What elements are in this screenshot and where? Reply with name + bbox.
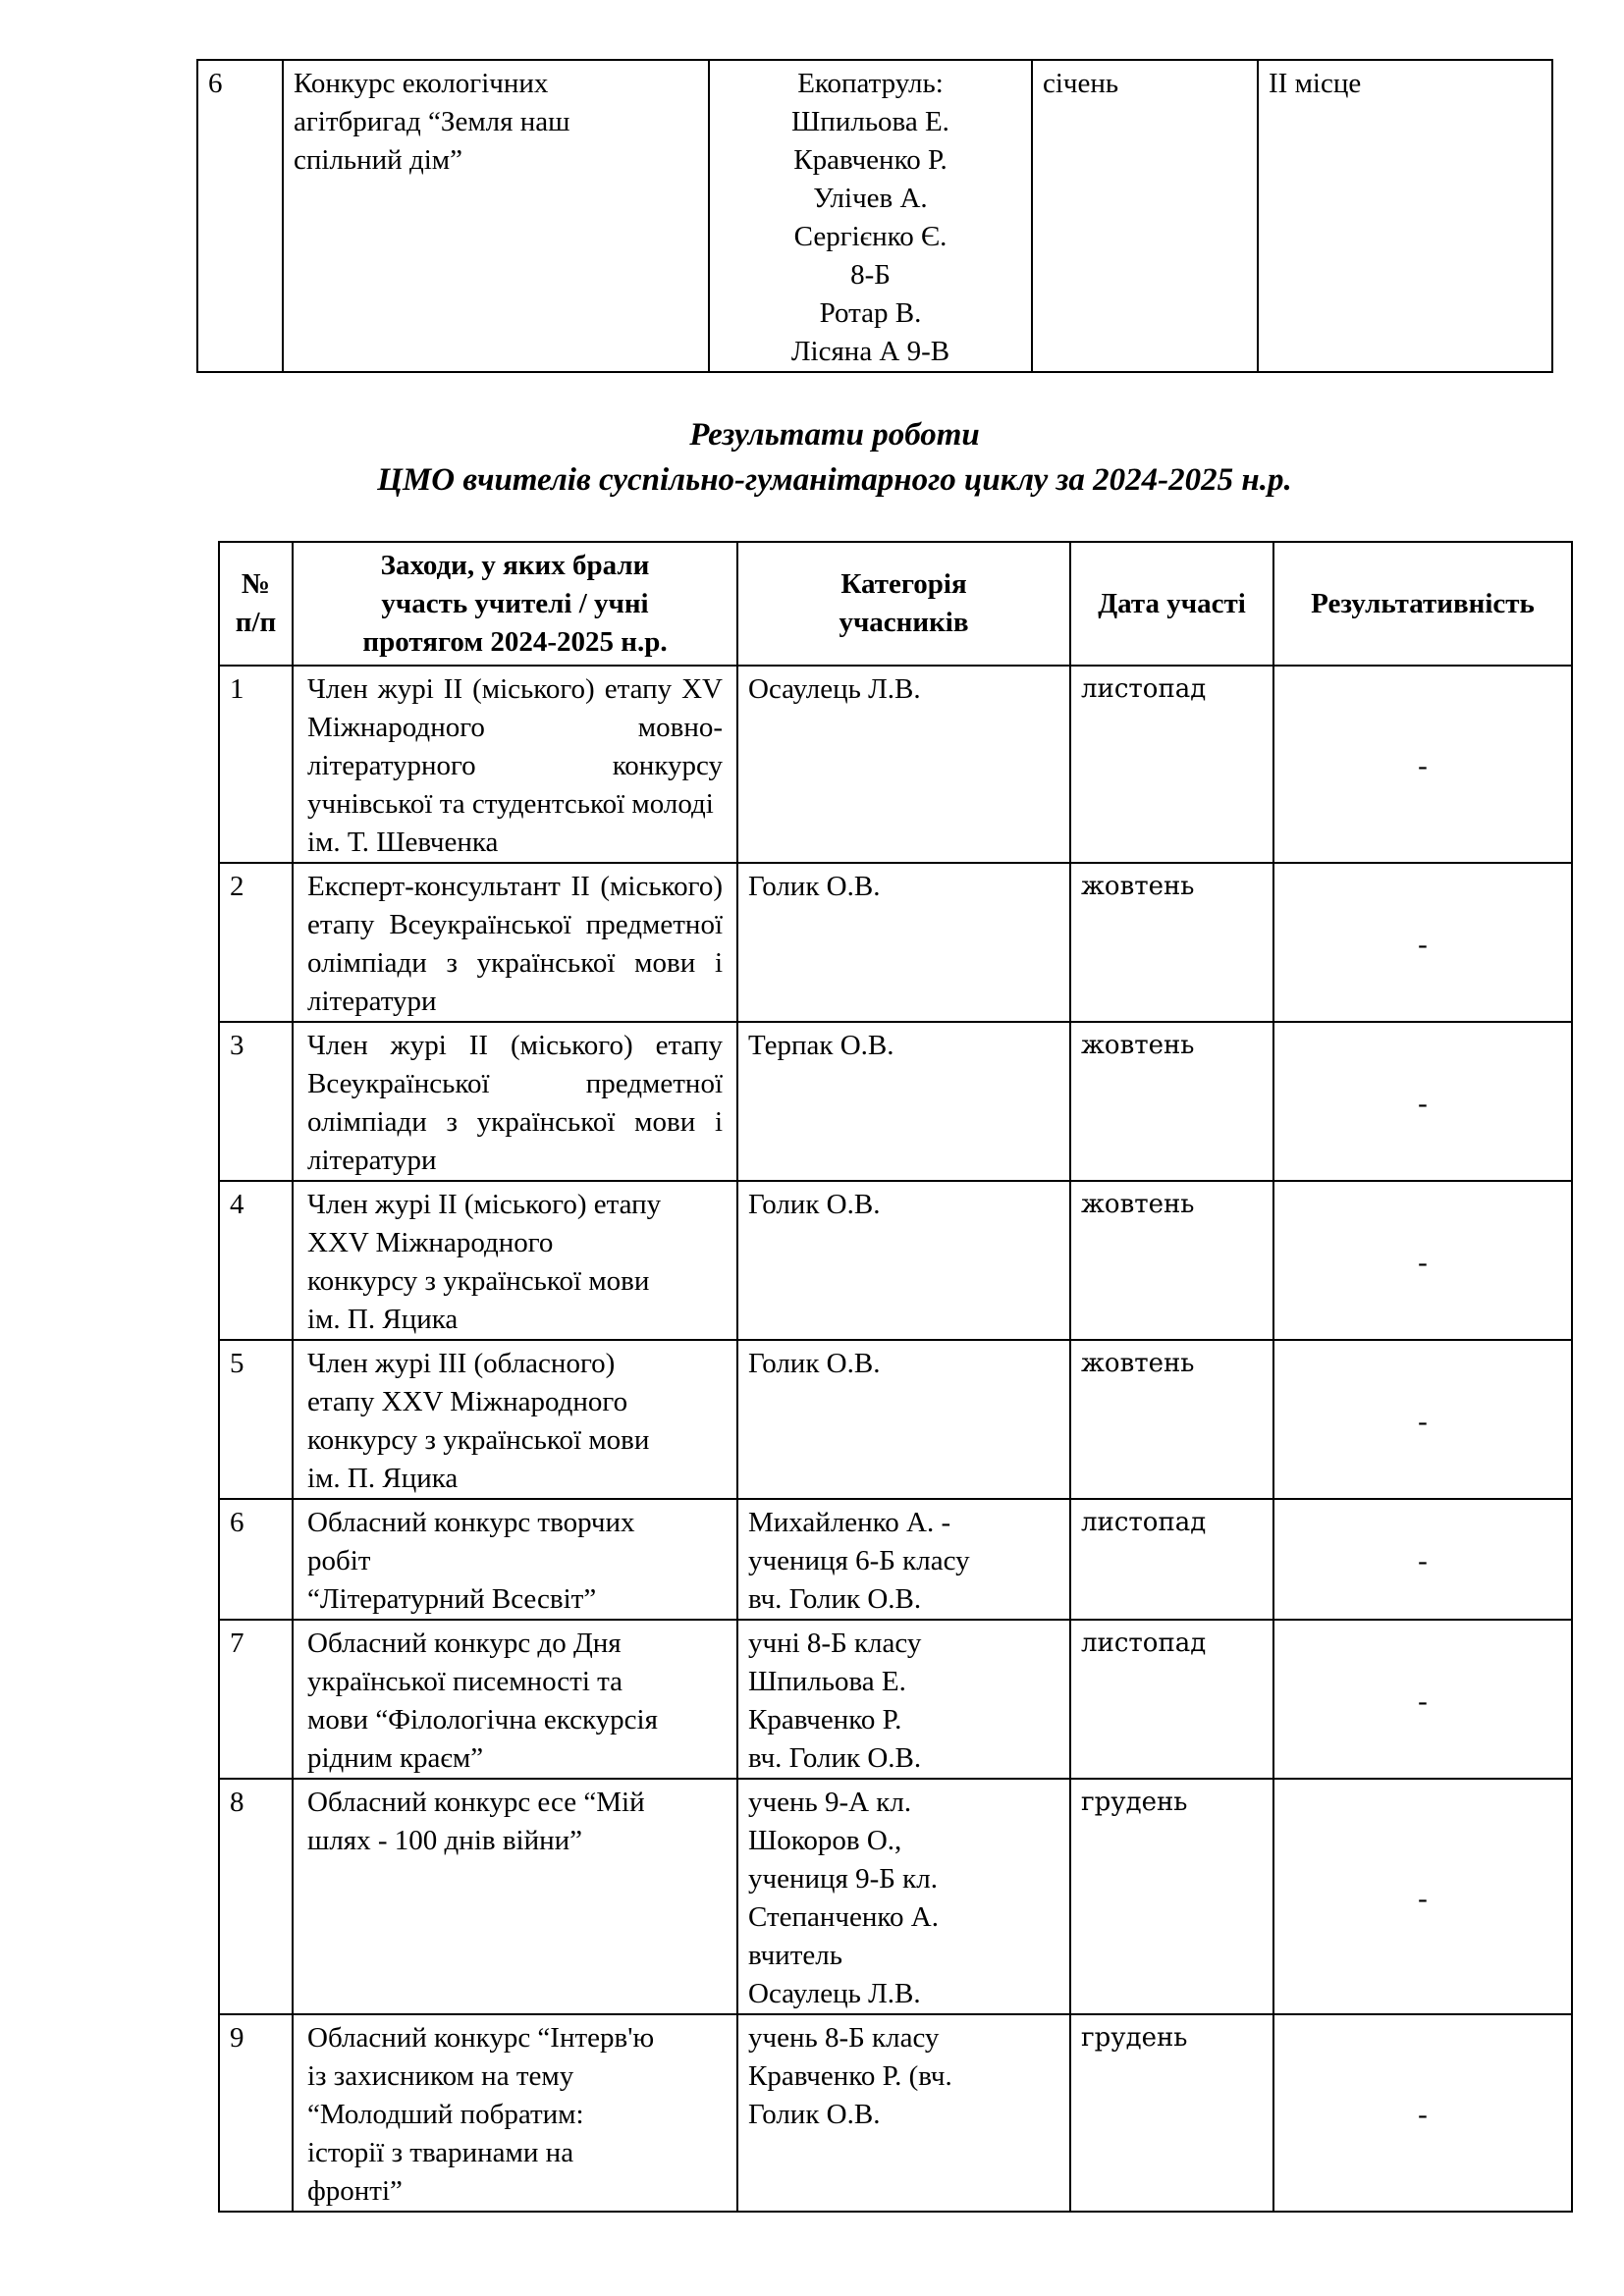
participants-cell: Терпак О.В.: [737, 1022, 1070, 1181]
text-line: Категорія: [744, 565, 1063, 604]
row-number: 1: [219, 666, 293, 863]
text-line: “Літературний Всесвіт”: [307, 1580, 723, 1619]
text-line: Терпак О.В.: [748, 1027, 1059, 1065]
text-line: Експерт-консультант II (міського) етапу …: [307, 868, 723, 1021]
text-line: етапу XXV Міжнародного: [307, 1383, 723, 1421]
text-line: Член журі II (міського) етапу Всеукраїнс…: [307, 1027, 723, 1180]
table-row: 3Член журі II (міського) етапу Всеукраїн…: [219, 1022, 1572, 1181]
text-line: 8-Б: [720, 256, 1021, 294]
text-line: конкурсу з української мови: [307, 1421, 723, 1460]
text-line: вч. Голик О.В.: [748, 1739, 1059, 1778]
header-number: №п/п: [219, 542, 293, 666]
text-line: української писемності та: [307, 1663, 723, 1701]
date-cell: листопад: [1070, 666, 1273, 863]
text-line: учасників: [744, 604, 1063, 642]
text-line: Кравченко Р.: [720, 141, 1021, 180]
header-events: Заходи, у яких бралиучасть учителі / учн…: [293, 542, 737, 666]
participants-cell: учні 8-Б класуШпильова Е.Кравченко Р.вч.…: [737, 1620, 1070, 1779]
text-line: протягом 2024-2025 н.р.: [299, 623, 731, 662]
result-cell: -: [1273, 2014, 1572, 2212]
text-line: Ротар В.: [720, 294, 1021, 333]
event-cell: Обласний конкурс творчихробіт“Літературн…: [293, 1499, 737, 1620]
result-cell: II місце: [1258, 60, 1552, 372]
date-cell: грудень: [1070, 1779, 1273, 2014]
table-row: 4Член журі II (міського) етапуXXV Міжнар…: [219, 1181, 1572, 1340]
heading-line-2: ЦМО вчителів суспільно-гуманітарного цик…: [0, 457, 1624, 503]
participants-cell: Екопатруль:Шпильова Е.Кравченко Р.Улічев…: [709, 60, 1032, 372]
text-line: Михайленко А. -: [748, 1504, 1059, 1542]
row-number: 4: [219, 1181, 293, 1340]
date-cell: жовтень: [1070, 863, 1273, 1022]
date-cell: грудень: [1070, 2014, 1273, 2212]
result-cell: -: [1273, 1499, 1572, 1620]
text-line: Екопатруль:: [720, 65, 1021, 103]
text-line: Конкурс екологічних: [294, 65, 698, 103]
text-line: Член журі II (міського) етапу XV Міжнаро…: [307, 670, 723, 824]
text-line: ім. Т. Шевченка: [307, 824, 723, 862]
result-cell: -: [1273, 1340, 1572, 1499]
text-line: із захисником на тему: [307, 2057, 723, 2096]
row-number: 6: [197, 60, 283, 372]
text-line: ім. П. Яцика: [307, 1301, 723, 1339]
result-cell: -: [1273, 1620, 1572, 1779]
table-row: 6Обласний конкурс творчихробіт“Літератур…: [219, 1499, 1572, 1620]
text-line: Обласний конкурс до Дня: [307, 1625, 723, 1663]
event-cell: Член журі II (міського) етапуXXV Міжнаро…: [293, 1181, 737, 1340]
participants-cell: учень 9-А кл.Шокоров О.,учениця 9-Б кл.С…: [737, 1779, 1070, 2014]
text-line: Шокоров О.,: [748, 1822, 1059, 1860]
text-line: ім. П. Яцика: [307, 1460, 723, 1498]
event-cell: Експерт-консультант II (міського) етапу …: [293, 863, 737, 1022]
row-number: 2: [219, 863, 293, 1022]
participants-cell: Осаулець Л.В.: [737, 666, 1070, 863]
row-number: 5: [219, 1340, 293, 1499]
text-line: “Молодший побратим:: [307, 2096, 723, 2134]
text-line: Обласний конкурс “Інтерв'ю: [307, 2019, 723, 2057]
text-line: вчитель: [748, 1937, 1059, 1975]
row-number: 7: [219, 1620, 293, 1779]
event-cell: Конкурс екологічнихагітбригад “Земля наш…: [283, 60, 709, 372]
text-line: Обласний конкурс творчих: [307, 1504, 723, 1542]
event-cell: Обласний конкурс есе “Мійшлях - 100 днів…: [293, 1779, 737, 2014]
text-line: агітбригад “Земля наш: [294, 103, 698, 141]
date-cell: листопад: [1070, 1620, 1273, 1779]
participants-cell: Голик О.В.: [737, 863, 1070, 1022]
header-date: Дата участі: [1070, 542, 1273, 666]
text-line: Степанченко А.: [748, 1898, 1059, 1937]
table-row: 8Обласний конкурс есе “Мійшлях - 100 дні…: [219, 1779, 1572, 2014]
row-number: 8: [219, 1779, 293, 2014]
result-cell: -: [1273, 1022, 1572, 1181]
result-cell: -: [1273, 1181, 1572, 1340]
event-cell: Член журі II (міського) етапу XV Міжнаро…: [293, 666, 737, 863]
table-row: 5Член журі III (обласного)етапу XXV Міжн…: [219, 1340, 1572, 1499]
text-line: учні 8-Б класу: [748, 1625, 1059, 1663]
table-row: 7Обласний конкурс до Дняукраїнської писе…: [219, 1620, 1572, 1779]
table-row: 9Обласний конкурс “Інтерв'юіз захисником…: [219, 2014, 1572, 2212]
text-line: Заходи, у яких брали: [299, 547, 731, 585]
text-line: Кравченко Р. (вч.: [748, 2057, 1059, 2096]
date-cell: січень: [1032, 60, 1258, 372]
text-line: Голик О.В.: [748, 2096, 1059, 2134]
text-line: Голик О.В.: [748, 868, 1059, 906]
text-line: учениця 9-Б кл.: [748, 1860, 1059, 1898]
text-line: Член журі III (обласного): [307, 1345, 723, 1383]
heading-line-1: Результати роботи: [0, 412, 1624, 457]
event-cell: Обласний конкурс “Інтерв'юіз захисником …: [293, 2014, 737, 2212]
event-cell: Член журі II (міського) етапу Всеукраїнс…: [293, 1022, 737, 1181]
text-line: Лісяна А 9-В: [720, 333, 1021, 371]
text-line: шлях - 100 днів війни”: [307, 1822, 723, 1860]
header-result: Результативність: [1273, 542, 1572, 666]
text-line: Голик О.В.: [748, 1186, 1059, 1224]
text-line: Шпильова Е.: [720, 103, 1021, 141]
result-cell: -: [1273, 1779, 1572, 2014]
result-cell: -: [1273, 863, 1572, 1022]
date-cell: жовтень: [1070, 1022, 1273, 1181]
text-line: конкурсу з української мови: [307, 1262, 723, 1301]
text-line: Осаулець Л.В.: [748, 670, 1059, 709]
header-category: Категоріяучасників: [737, 542, 1070, 666]
table-header-row: №п/п Заходи, у яких бралиучасть учителі …: [219, 542, 1572, 666]
text-line: учениця 6-Б класу: [748, 1542, 1059, 1580]
participants-cell: Голик О.В.: [737, 1340, 1070, 1499]
text-line: спільний дім”: [294, 141, 698, 180]
date-cell: жовтень: [1070, 1181, 1273, 1340]
participants-cell: учень 8-Б класуКравченко Р. (вч.Голик О.…: [737, 2014, 1070, 2212]
text-line: Член журі II (міського) етапу: [307, 1186, 723, 1224]
text-line: вч. Голик О.В.: [748, 1580, 1059, 1619]
text-line: рідним краєм”: [307, 1739, 723, 1778]
text-line: Кравченко Р.: [748, 1701, 1059, 1739]
table-row: 2Експерт-консультант II (міського) етапу…: [219, 863, 1572, 1022]
row-number: 3: [219, 1022, 293, 1181]
text-line: Обласний конкурс есе “Мій: [307, 1784, 723, 1822]
table-row: 6 Конкурс екологічнихагітбригад “Земля н…: [197, 60, 1552, 372]
result-cell: -: [1273, 666, 1572, 863]
previous-table-continuation: 6 Конкурс екологічнихагітбригад “Земля н…: [196, 59, 1553, 373]
text-line: учень 8-Б класу: [748, 2019, 1059, 2057]
results-table-body: 1Член журі II (міського) етапу XV Міжнар…: [219, 666, 1572, 2212]
event-cell: Обласний конкурс до Дняукраїнської писем…: [293, 1620, 737, 1779]
event-cell: Член журі III (обласного)етапу XXV Міжна…: [293, 1340, 737, 1499]
participants-cell: Михайленко А. -учениця 6-Б класувч. Голи…: [737, 1499, 1070, 1620]
participants-cell: Голик О.В.: [737, 1181, 1070, 1340]
text-line: фронті”: [307, 2172, 723, 2211]
text-line: Улічев А.: [720, 180, 1021, 218]
text-line: учень 9-А кл.: [748, 1784, 1059, 1822]
text-line: участь учителі / учні: [299, 585, 731, 623]
date-cell: листопад: [1070, 1499, 1273, 1620]
text-line: історії з тваринами на: [307, 2134, 723, 2172]
results-table: №п/п Заходи, у яких бралиучасть учителі …: [218, 541, 1573, 2213]
text-line: мови “Філологічна екскурсія: [307, 1701, 723, 1739]
text-line: Шпильова Е.: [748, 1663, 1059, 1701]
section-heading: Результати роботи ЦМО вчителів суспільно…: [0, 412, 1624, 503]
text-line: робіт: [307, 1542, 723, 1580]
date-cell: жовтень: [1070, 1340, 1273, 1499]
text-line: №: [226, 565, 286, 604]
text-line: Осаулець Л.В.: [748, 1975, 1059, 2013]
text-line: Сергієнко Є.: [720, 218, 1021, 256]
text-line: XXV Міжнародного: [307, 1224, 723, 1262]
table-row: 1Член журі II (міського) етапу XV Міжнар…: [219, 666, 1572, 863]
text-line: п/п: [226, 604, 286, 642]
text-line: Голик О.В.: [748, 1345, 1059, 1383]
row-number: 9: [219, 2014, 293, 2212]
row-number: 6: [219, 1499, 293, 1620]
